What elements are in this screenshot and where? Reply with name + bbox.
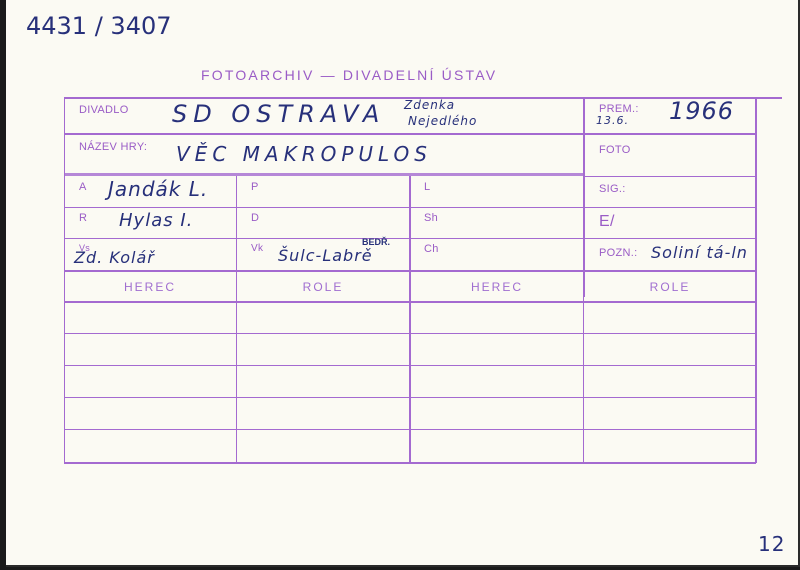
divider	[64, 238, 584, 239]
divider	[583, 207, 757, 208]
divider	[64, 270, 584, 272]
table-row	[64, 366, 756, 397]
nazev-hry-value: VĚC MAKROPULOS	[176, 142, 432, 166]
a-value: Jandák L.	[108, 177, 208, 201]
divadlo-note-line1: Zdenka	[404, 98, 455, 112]
vs-value: Zd. Kolář	[74, 248, 155, 267]
divider	[64, 207, 584, 208]
d-label: D	[251, 212, 259, 224]
page-number: 12	[758, 532, 785, 556]
sh-label: Sh	[424, 212, 438, 224]
divider	[583, 270, 757, 272]
r-label: R	[79, 212, 87, 224]
archive-number: 4431 / 3407	[26, 12, 172, 40]
divider	[583, 133, 757, 135]
pozn-label: POZN.:	[599, 247, 637, 259]
table-header-role-2: ROLE	[584, 280, 756, 294]
divider	[64, 133, 584, 135]
foto-label: FOTO	[599, 144, 631, 156]
a-label: A	[79, 181, 87, 193]
sig-label: SIG.:	[599, 183, 626, 195]
vk-label: Vk	[251, 243, 263, 254]
table-header-herec-1: HEREC	[64, 280, 236, 294]
table-row	[64, 303, 756, 333]
vk-value: Šulc-Labrě	[278, 246, 373, 265]
divadlo-note-line2: Nejedlého	[408, 114, 477, 128]
table-row	[64, 430, 756, 462]
divider	[583, 176, 757, 177]
p-label: P	[251, 181, 259, 193]
divider	[583, 97, 585, 297]
stamp-title: FOTOARCHIV — DIVADELNÍ ÚSTAV	[201, 67, 497, 83]
vk-stamp-extra: BEDŘ.	[362, 237, 390, 247]
divadlo-value: SD OSTRAVA	[172, 100, 385, 128]
prem-year: 1966	[669, 97, 734, 125]
divider	[583, 238, 757, 239]
table-row	[64, 398, 756, 429]
table-header-role-1: ROLE	[237, 280, 409, 294]
e-label: E/	[599, 213, 615, 231]
table-row	[64, 334, 756, 365]
pozn-value: Soliní tá-ln	[651, 243, 748, 262]
l-label: L	[424, 181, 430, 193]
ch-label: Ch	[424, 243, 439, 255]
prem-date: 13.6.	[596, 114, 629, 127]
table-header-herec-2: HEREC	[411, 280, 583, 294]
nazev-hry-label: NÁZEV HRY:	[79, 141, 147, 153]
divadlo-label: DIVADLO	[79, 104, 129, 116]
divider	[64, 173, 584, 176]
archive-card: 4431 / 3407 FOTOARCHIV — DIVADELNÍ ÚSTAV…	[6, 0, 800, 567]
r-value: Hylas I.	[119, 210, 193, 231]
